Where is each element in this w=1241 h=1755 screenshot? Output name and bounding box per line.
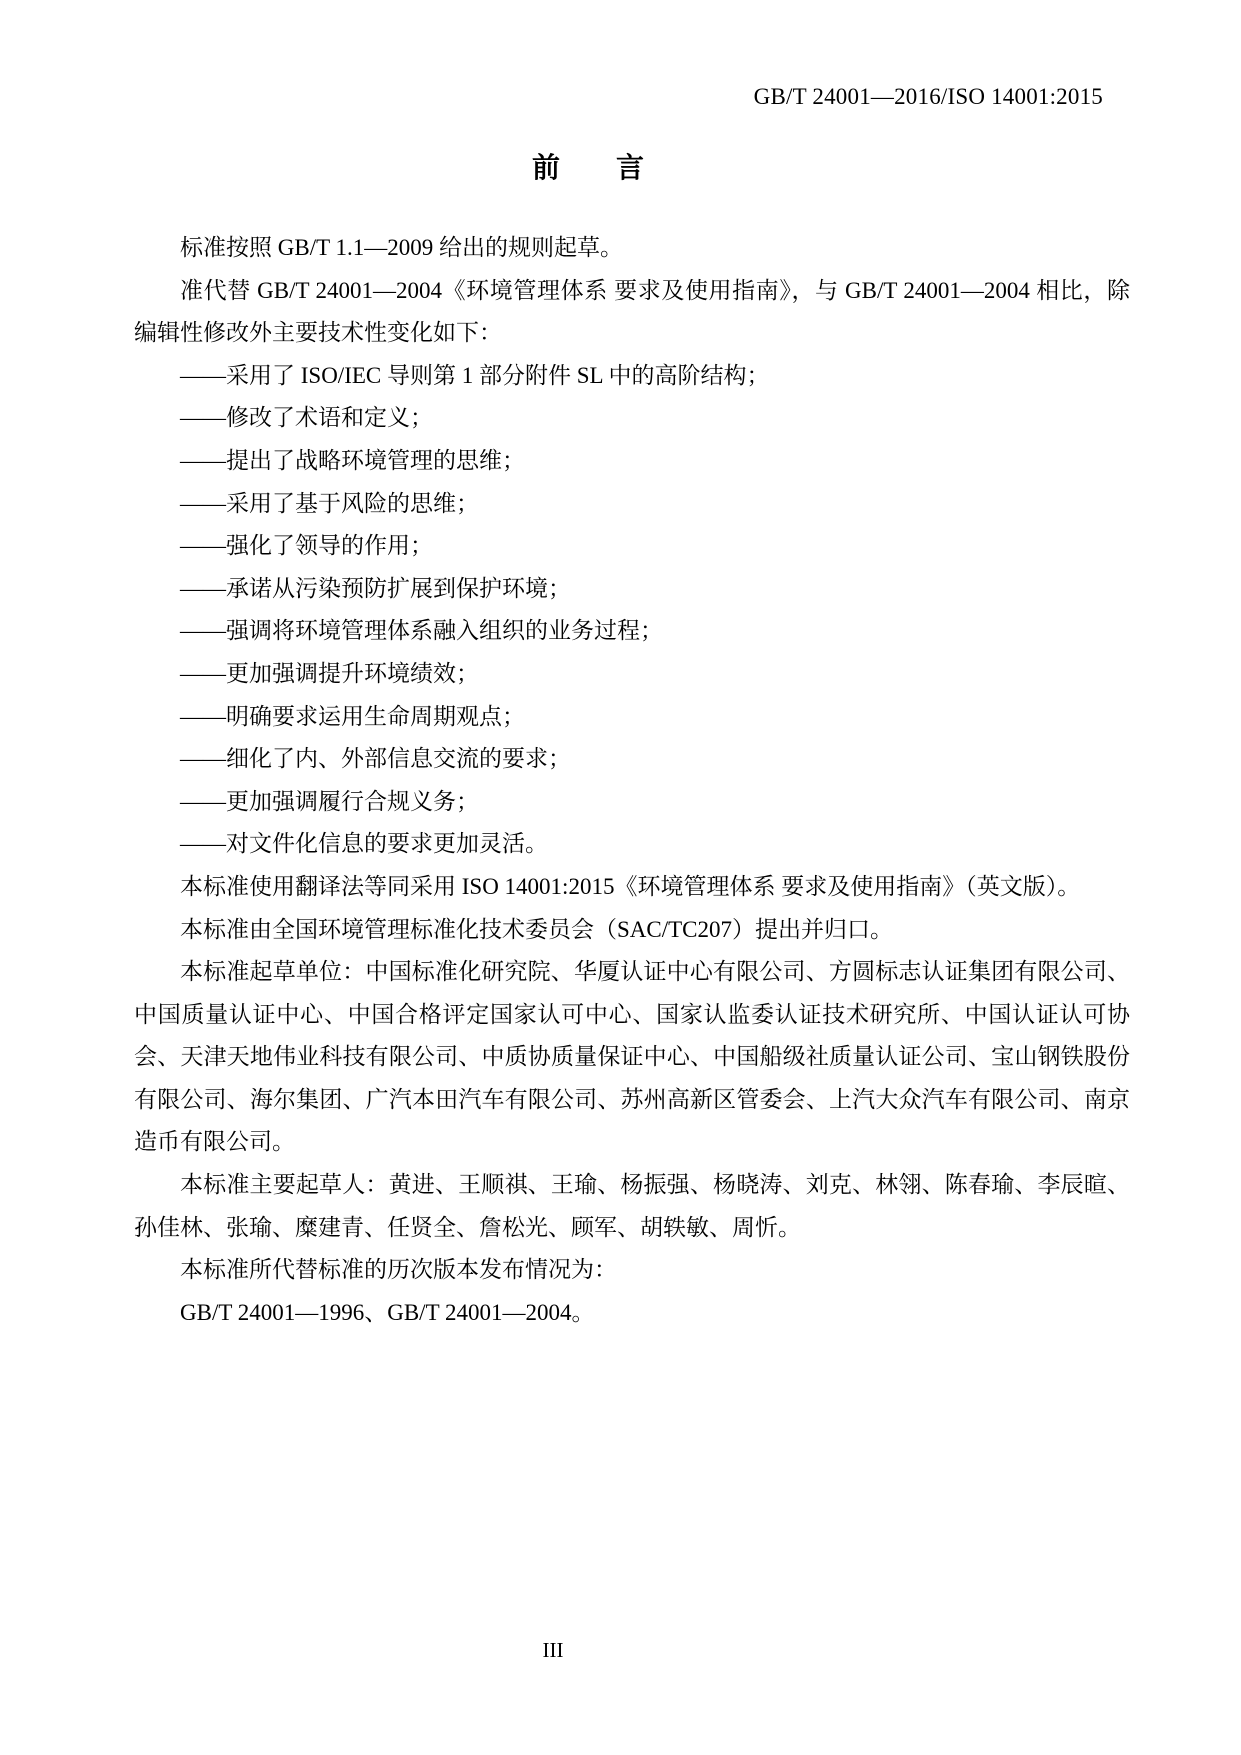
paragraph: ——更加强调履行合规义务； [134, 781, 1130, 824]
page-number: III [0, 1638, 1106, 1663]
paragraph: 准代替 GB/T 24001—2004《环境管理体系 要求及使用指南》，与 GB… [134, 270, 1130, 355]
paragraph: 本标准主要起草人：黄进、王顺祺、王瑜、杨振强、杨晓涛、刘克、林翎、陈春瑜、李辰暄… [134, 1164, 1130, 1249]
paragraph: ——采用了基于风险的思维； [134, 483, 1130, 526]
paragraph: ——强化了领导的作用； [134, 525, 1130, 568]
paragraph: ——提出了战略环境管理的思维； [134, 440, 1130, 483]
paragraph: 本标准使用翻译法等同采用 ISO 14001:2015《环境管理体系 要求及使用… [134, 866, 1130, 909]
paragraph: ——承诺从污染预防扩展到保护环境； [134, 568, 1130, 611]
paragraph: 标准按照 GB/T 1.1—2009 给出的规则起草。 [134, 227, 1130, 270]
paragraph: ——修改了术语和定义； [134, 397, 1130, 440]
paragraph: GB/T 24001—1996、GB/T 24001—2004。 [134, 1292, 1130, 1335]
paragraph: ——更加强调提升环境绩效； [134, 653, 1130, 696]
paragraph: ——明确要求运用生命周期观点； [134, 696, 1130, 739]
paragraph: ——强调将环境管理体系融入组织的业务过程； [134, 610, 1130, 653]
paragraph: 本标准由全国环境管理标准化技术委员会（SAC/TC207）提出并归口。 [134, 909, 1130, 952]
standard-code-header: GB/T 24001—2016/ISO 14001:2015 [0, 84, 1103, 110]
paragraph: 本标准起草单位：中国标准化研究院、华厦认证中心有限公司、方圆标志认证集团有限公司… [134, 951, 1130, 1164]
paragraph: 本标准所代替标准的历次版本发布情况为： [134, 1249, 1130, 1292]
paragraph: ——细化了内、外部信息交流的要求； [134, 738, 1130, 781]
document-page: GB/T 24001—2016/ISO 14001:2015 前 言 标准按照 … [0, 0, 1241, 1755]
paragraph: ——采用了 ISO/IEC 导则第 1 部分附件 SL 中的高阶结构； [134, 355, 1130, 398]
foreword-body-text: 标准按照 GB/T 1.1—2009 给出的规则起草。准代替 GB/T 2400… [134, 227, 1130, 1334]
page-title: 前 言 [0, 146, 1176, 186]
paragraph: ——对文件化信息的要求更加灵活。 [134, 823, 1130, 866]
